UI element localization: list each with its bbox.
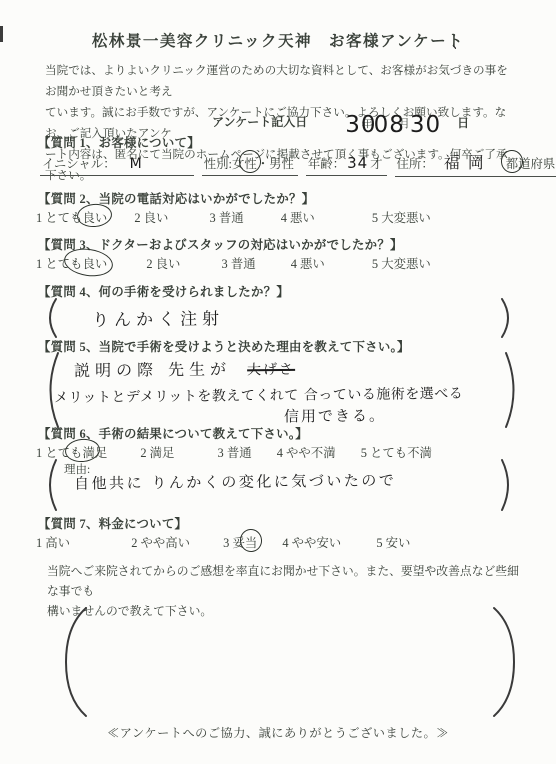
paren-right-icon [492, 606, 518, 718]
q2-option-1-text: 1 とても [36, 211, 82, 225]
q6-reason-handwritten: 自他共に りんかくの変化に気づいたので [74, 469, 396, 493]
address-label: 住所： [397, 157, 434, 171]
q2-option-3: 3 普通 [210, 208, 244, 226]
q2-option-5: 5 大変悪い [372, 208, 431, 226]
age-label: 年齢： [308, 157, 345, 171]
initial-field: イニシャル：M [40, 154, 194, 176]
address-field: 住所：福岡都道府県 [395, 150, 556, 177]
q2-options-row: 1 とても良い 2 良い 3 普通 4 悪い 5 大変悪い [36, 208, 431, 226]
survey-date-row: アンケート記入日30年08月30日 [212, 112, 469, 138]
footer-thanks: ≪アンケートへのご協力、誠にありがとうございました。≫ [0, 724, 556, 741]
q1-heading: 【質問 1、お客様について】 [38, 133, 200, 151]
address-value-handwritten: 福岡 [434, 153, 506, 172]
paren-right-icon [502, 351, 524, 429]
q7-options-row: 1 高い 2 やや高い 3 妥当 4 やや安い 5 安い [36, 533, 410, 551]
q3-option-1-circled: も良い [70, 257, 107, 271]
q2-selection-circle: 良い [82, 208, 107, 226]
q6-reason-box: 理由: 自他共に りんかくの変化に気づいたので [40, 458, 518, 512]
q7-option-5: 5 安い [376, 533, 410, 551]
q3-option-5: 5 大変悪い [372, 254, 431, 272]
q3-options-row: 1 とても良い 2 良い 3 普通 4 悪い 5 大変悪い [36, 254, 431, 272]
q3-option-3: 3 普通 [222, 254, 256, 272]
age-value-handwritten: 34 [345, 154, 370, 172]
date-day-unit: 日 [457, 116, 469, 130]
q5-answer-line1: 説明の際 先生が大げさ [74, 356, 295, 381]
q7-selection-circle: 当 [245, 533, 257, 551]
address-prefecture-circle: 都 [506, 154, 518, 172]
scanned-survey-page: 松林景一美容クリニック天神 お客様アンケート 、 当院では、よりよいクリニック運… [0, 0, 556, 764]
q7-heading: 【質問 7、料金について】 [38, 514, 187, 532]
q5-answer-line2: メリットとデメリットを教えてくれて 合っている施術を選べる [54, 383, 463, 407]
address-circled-char: 都 [506, 157, 518, 171]
handwritten-title-mark: 、 [452, 33, 466, 53]
age-field: 年齢：34才 [306, 154, 387, 176]
initial-label: イニシャル： [42, 157, 116, 171]
q7-option-2: 2 やや高い [131, 533, 190, 551]
paren-right-icon [498, 458, 518, 512]
q2-option-2: 2 良い [134, 208, 168, 226]
gender-selection-circle: 性 [244, 154, 256, 172]
q3-option-1: 1 とても良い [36, 254, 107, 272]
q5-answer-box: 説明の際 先生が大げさ メリットとデメリットを教えてくれて 合っている施術を選べ… [40, 351, 524, 429]
q1-fields-row: イニシャル：M性別:女性・男性年齢：34才住所：福岡都道府県 [40, 150, 556, 177]
q3-selection-circle: も良い [70, 254, 107, 272]
gender-option-male: ・男性 [257, 157, 294, 171]
age-unit: 才 [370, 157, 382, 171]
q7-option-1: 1 高い [36, 533, 70, 551]
page-title: 松林景一美容クリニック天神 お客様アンケート [0, 29, 556, 51]
q7-option-3-circled: 当 [245, 536, 257, 550]
q7-option-3: 3 妥当 [223, 533, 257, 551]
q3-option-2: 2 良い [146, 254, 180, 272]
gender-circled-char: 性 [244, 157, 256, 171]
paren-left-icon [40, 297, 60, 339]
date-day-value: 30 [410, 112, 441, 138]
initial-value-handwritten: M [130, 156, 190, 172]
q3-option-4: 4 悪い [291, 254, 325, 272]
q5-crossed-out-word: 大げさ [247, 362, 295, 379]
feedback-answer-box [62, 606, 518, 718]
feedback-prompt-line: 当院へご来院されてからのご感想を率直にお聞かせ下さい。また、要望や改善点など些細… [47, 561, 527, 601]
paren-left-icon [62, 606, 88, 718]
date-month-value: 08 [374, 112, 405, 138]
date-label: アンケート記入日 [212, 115, 307, 129]
q2-option-4: 4 悪い [281, 208, 315, 226]
paren-left-icon [40, 458, 60, 512]
address-suffix: 道府県 [518, 157, 555, 171]
gender-field: 性別:女性・男性 [202, 154, 298, 176]
paren-right-icon [498, 297, 518, 339]
q4-answer-handwritten: りんかく注射 [92, 304, 224, 330]
q5-line1-text: 説明の際 先生が [74, 360, 231, 381]
q2-heading: 【質問 2、当院の電話対応はいかがでしたか？】 [38, 189, 314, 207]
q2-option-1: 1 とても良い [36, 208, 107, 226]
gender-label: 性別: [204, 157, 232, 171]
intro-line: 当院では、よりよいクリニック運営のための大切な資料として、お客様がお気づきの事を… [45, 60, 515, 102]
date-year-value: 30 [345, 112, 376, 138]
q4-answer-box: りんかく注射 [40, 297, 518, 339]
q7-option-4: 4 やや安い [282, 533, 341, 551]
q2-option-1-circled: 良い [82, 211, 107, 225]
